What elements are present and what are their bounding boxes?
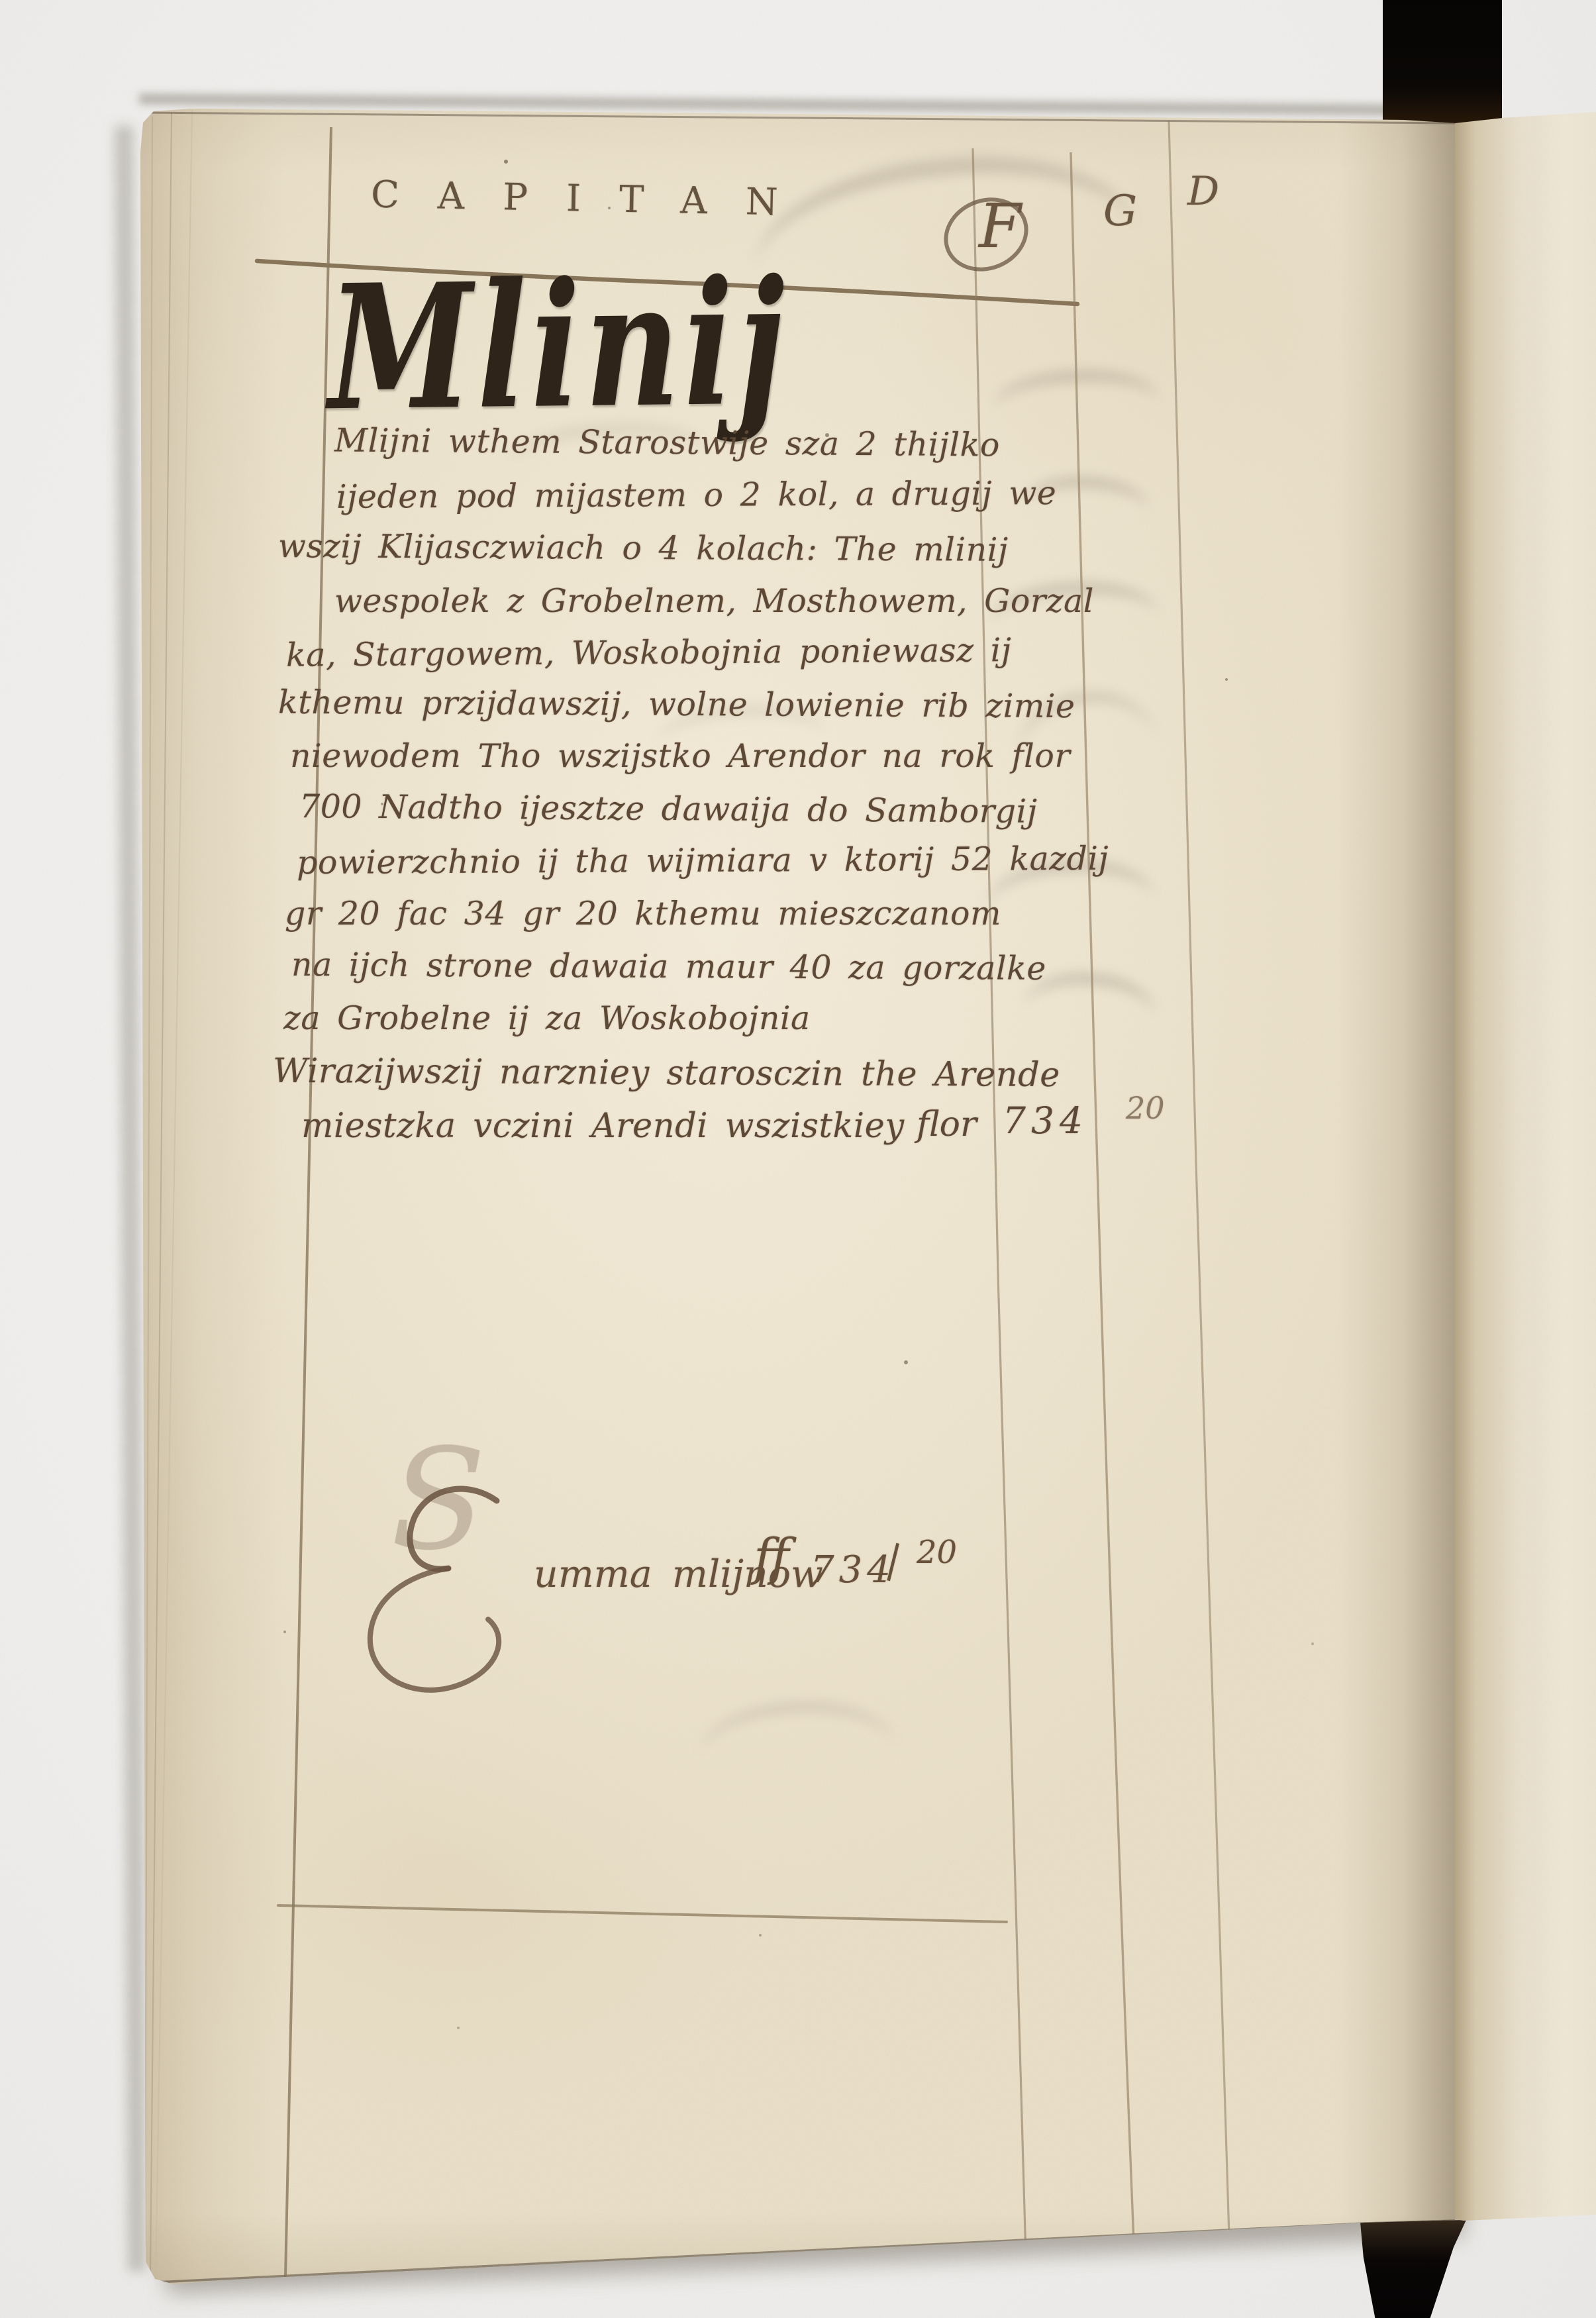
column-letter-f: F [979, 191, 1021, 262]
bookmark-ribbon-bottom [1360, 2220, 1466, 2318]
column-letter-d: D [1187, 168, 1219, 215]
body-line: Mlijni wthem Starostwije sza 2 thijlko [334, 421, 1000, 464]
manuscript-page: CAPITAN F G D Mlinij Mlijni wthem Staros… [0, 0, 1596, 2318]
bleed-through-ghost [696, 1697, 900, 1817]
body-line: niewodem Tho wszijstko Arendor na rok fl… [290, 737, 1070, 775]
body-line: gr 20 fac 34 gr 20 kthemu mieszczanom [285, 895, 1001, 932]
bleed-through-ghost [991, 367, 1160, 446]
body-line: wszij Klijasczwiach o 4 kolach: The mlin… [278, 527, 1009, 569]
summa-groszy: 20 [917, 1534, 957, 1571]
amount-currency-label: flor [917, 1105, 977, 1144]
body-line: kthemu przijdawszij, wolne lowienie rib … [278, 683, 1075, 725]
gutter-shadow [1338, 113, 1455, 2225]
summa-initial-letter: S [391, 1431, 486, 1570]
body-line: miestzka vczini Arendi wszistkiey [301, 1107, 905, 1146]
body-line: za Grobelne ij za Woskobojnia [283, 999, 811, 1037]
bleed-through-ghost [746, 139, 1148, 374]
chapter-heading: CAPITAN [370, 174, 817, 225]
body-line: powierzchnio ij tha wijmiara v ktorij 52… [297, 840, 1109, 882]
column-letter-g: G [1103, 187, 1137, 236]
ink-speckles [0, 0, 3, 3]
page-left-shadow [115, 126, 146, 2272]
body-line: ka, Stargowem, Woskobojnia poniewasz ij [286, 631, 1012, 674]
body-line: wespolek z Grobelnem, Mosthowem, Gorzal [334, 582, 1094, 620]
body-line: 700 Nadtho ijesztze dawaija do Samborgij [299, 787, 1038, 831]
bookmark-ribbon-top [1383, 0, 1502, 127]
page-title: Mlinij [328, 257, 789, 434]
amount-florins: 734 [1003, 1099, 1088, 1142]
body-line: ijeden pod mijastem o 2 kol, a drugij we [336, 474, 1057, 516]
summa-florins: 734 [811, 1548, 895, 1591]
summa-currency-sign: ff [754, 1527, 789, 1586]
body-line: na ijch strone dawaia maur 40 za gorzalk… [291, 946, 1046, 987]
book-scan: CAPITAN F G D Mlinij Mlijni wthem Staros… [0, 0, 1596, 2318]
body-line: Wirazijwszij narzniey starosczin the Are… [273, 1052, 1060, 1095]
amount-groszy: 20 [1126, 1090, 1165, 1126]
